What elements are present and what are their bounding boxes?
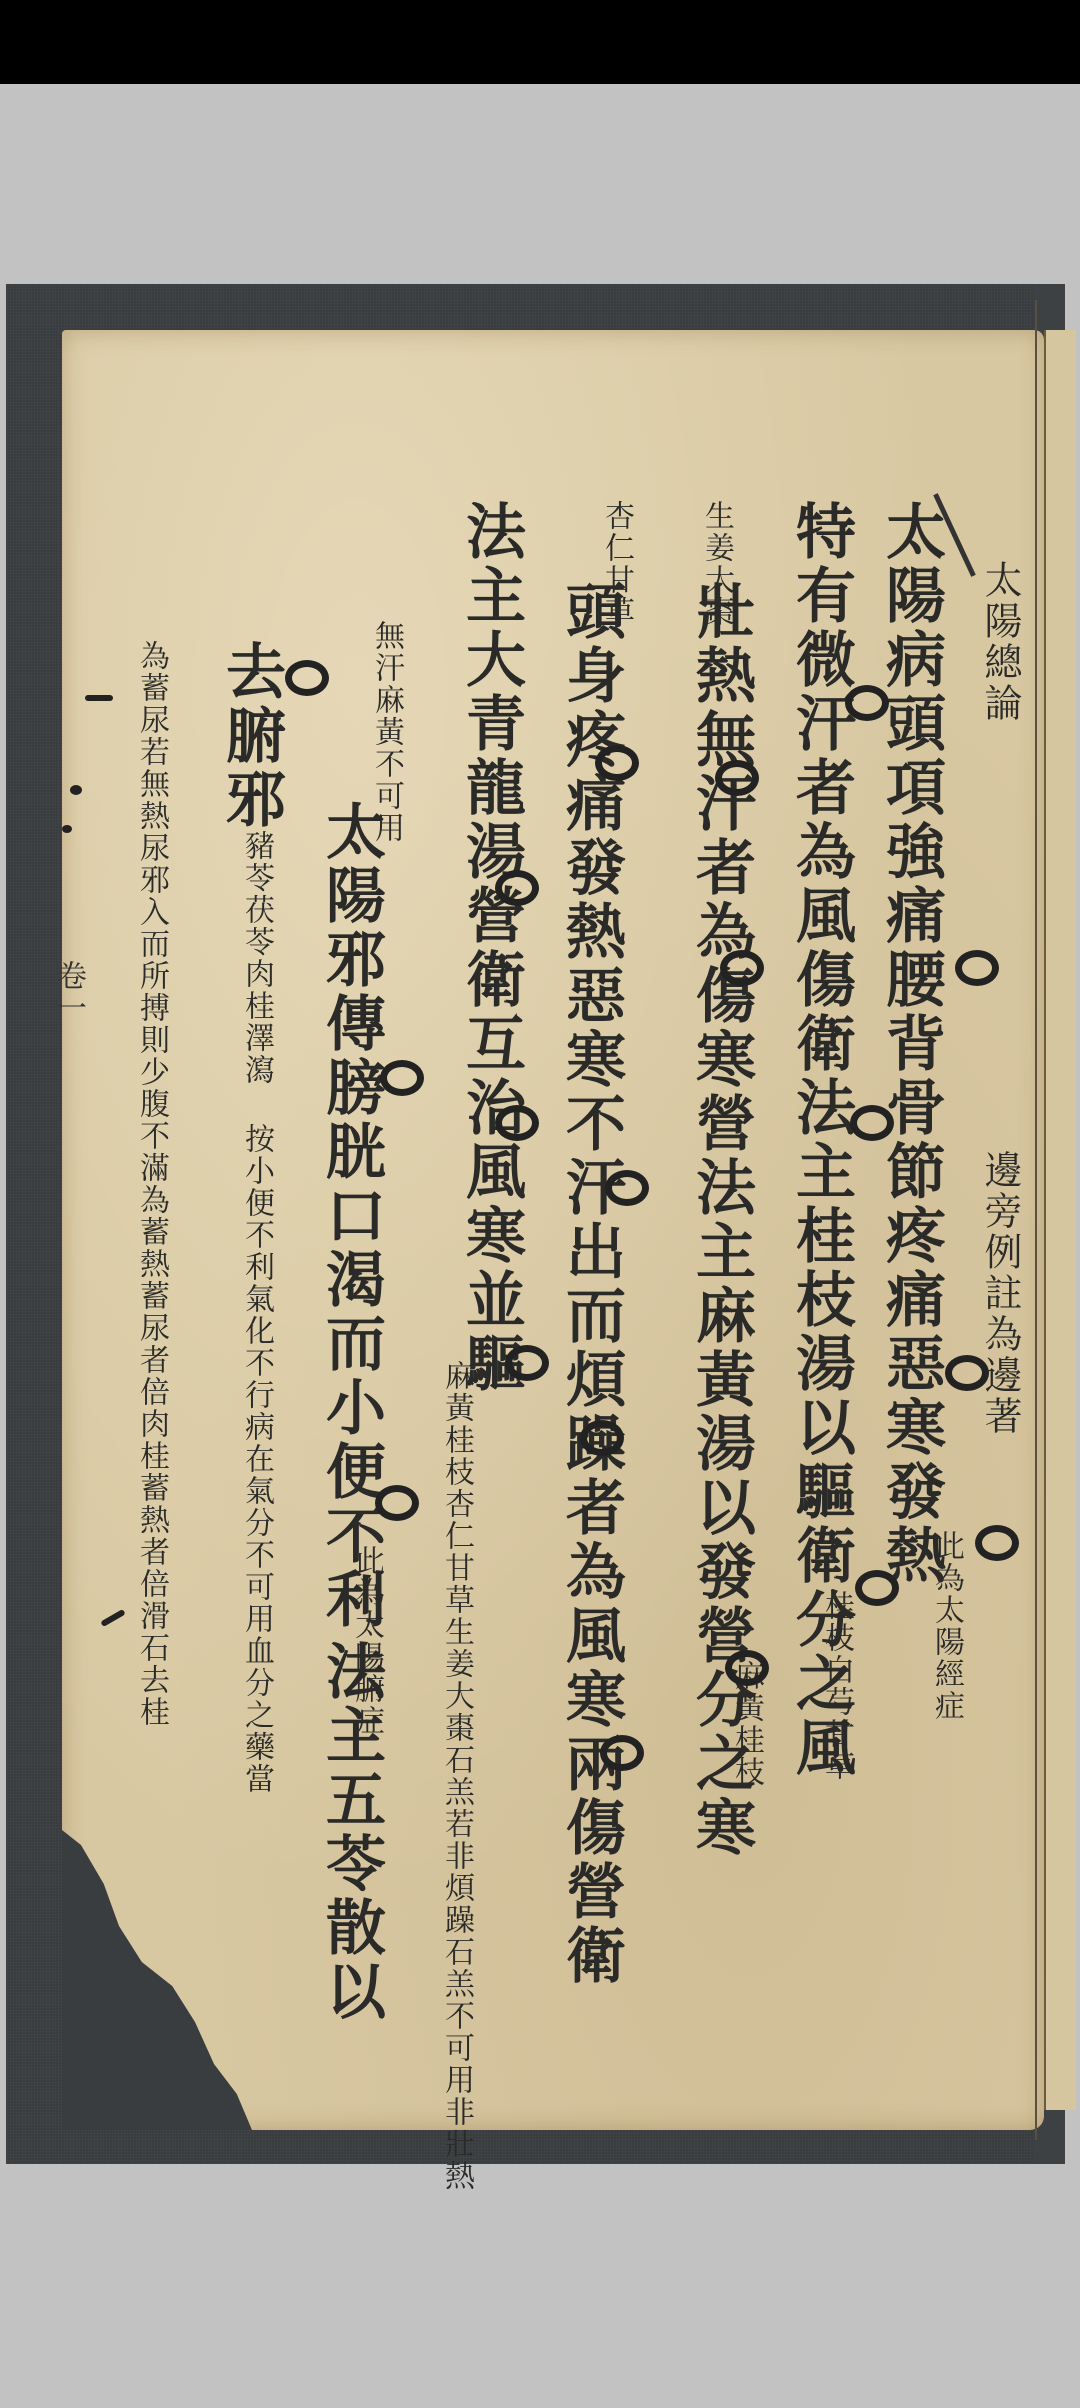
punctuation-circle-icon: [580, 1420, 624, 1456]
punctuation-circle-icon: [855, 1570, 899, 1606]
punctuation-circle-icon: [380, 1060, 424, 1096]
punctuation-circle-icon: [845, 685, 889, 721]
punctuation-circle-icon: [600, 1735, 644, 1771]
annotation-column-9: 為蓄尿若無熱尿邪入而所搏則少腹不滿為蓄熱蓄尿者倍肉桂蓄熱者倍滑石去桂: [135, 640, 167, 1728]
annotation-column-2: 桂枝白芍甘草: [820, 1590, 852, 1782]
punctuation-circle-icon: [605, 1170, 649, 1206]
punctuation-circle-icon: [495, 870, 539, 906]
text-column-6-tail: 法主五苓散以: [320, 1640, 382, 2024]
text-column-6: 太陽邪傳膀胱口渴而小便不利: [320, 800, 382, 1632]
torn-corner: [62, 1830, 252, 2130]
punctuation-circle-icon: [850, 1105, 894, 1141]
text-column-7: 去腑邪: [220, 640, 282, 832]
punctuation-circle-icon: [595, 745, 639, 781]
adjacent-page-edge: [1044, 330, 1076, 2110]
margin-dash-mark: [85, 695, 113, 701]
punctuation-circle-icon: [375, 1485, 419, 1521]
punctuation-circle-icon: [715, 760, 759, 796]
viewer-top-bar: [0, 0, 1080, 84]
annotation-column-1: 此為太陽經症: [930, 1530, 962, 1722]
punctuation-circle-icon: [285, 660, 329, 696]
text-column-2: 特有微汗者為風傷衛法主桂枝湯以驅衛分之風: [790, 500, 852, 1780]
punctuation-circle-icon: [720, 950, 764, 986]
punctuation-circle-icon: [975, 1525, 1019, 1561]
punctuation-circle-icon: [495, 1105, 539, 1141]
margin-dot-mark: [62, 825, 72, 833]
punctuation-circle-icon: [725, 1650, 769, 1686]
margin-title: 太陽總論: [980, 560, 1020, 724]
margin-note: 邊旁例註為邊著: [980, 1150, 1020, 1437]
page-fold-line: [1035, 300, 1037, 2140]
punctuation-circle-icon: [945, 1355, 989, 1391]
text-column-4: 頭身疼痛發熱惡寒不汗出而煩躁者為風寒兩傷營衛: [560, 580, 622, 1988]
margin-volume-tag: 卷一: [52, 960, 84, 1024]
punctuation-circle-icon: [505, 1345, 549, 1381]
text-column-1: 太陽病頭項強痛腰背骨節疼痛惡寒發熱: [880, 500, 942, 1588]
text-column-5: 法主大青龍湯營衛互治風寒並驅: [460, 500, 522, 1396]
margin-dot-mark: [70, 785, 82, 795]
punctuation-circle-icon: [955, 950, 999, 986]
annotation-column-5: 麻黃桂枝杏仁甘草生姜大棗石羔若非煩躁石羔不可用非壯熱: [440, 1360, 472, 2192]
annotation-column-7: 豬苓茯苓肉桂澤瀉 按小便不利氣化不行病在氣分不可用血分之藥當: [240, 830, 272, 1795]
